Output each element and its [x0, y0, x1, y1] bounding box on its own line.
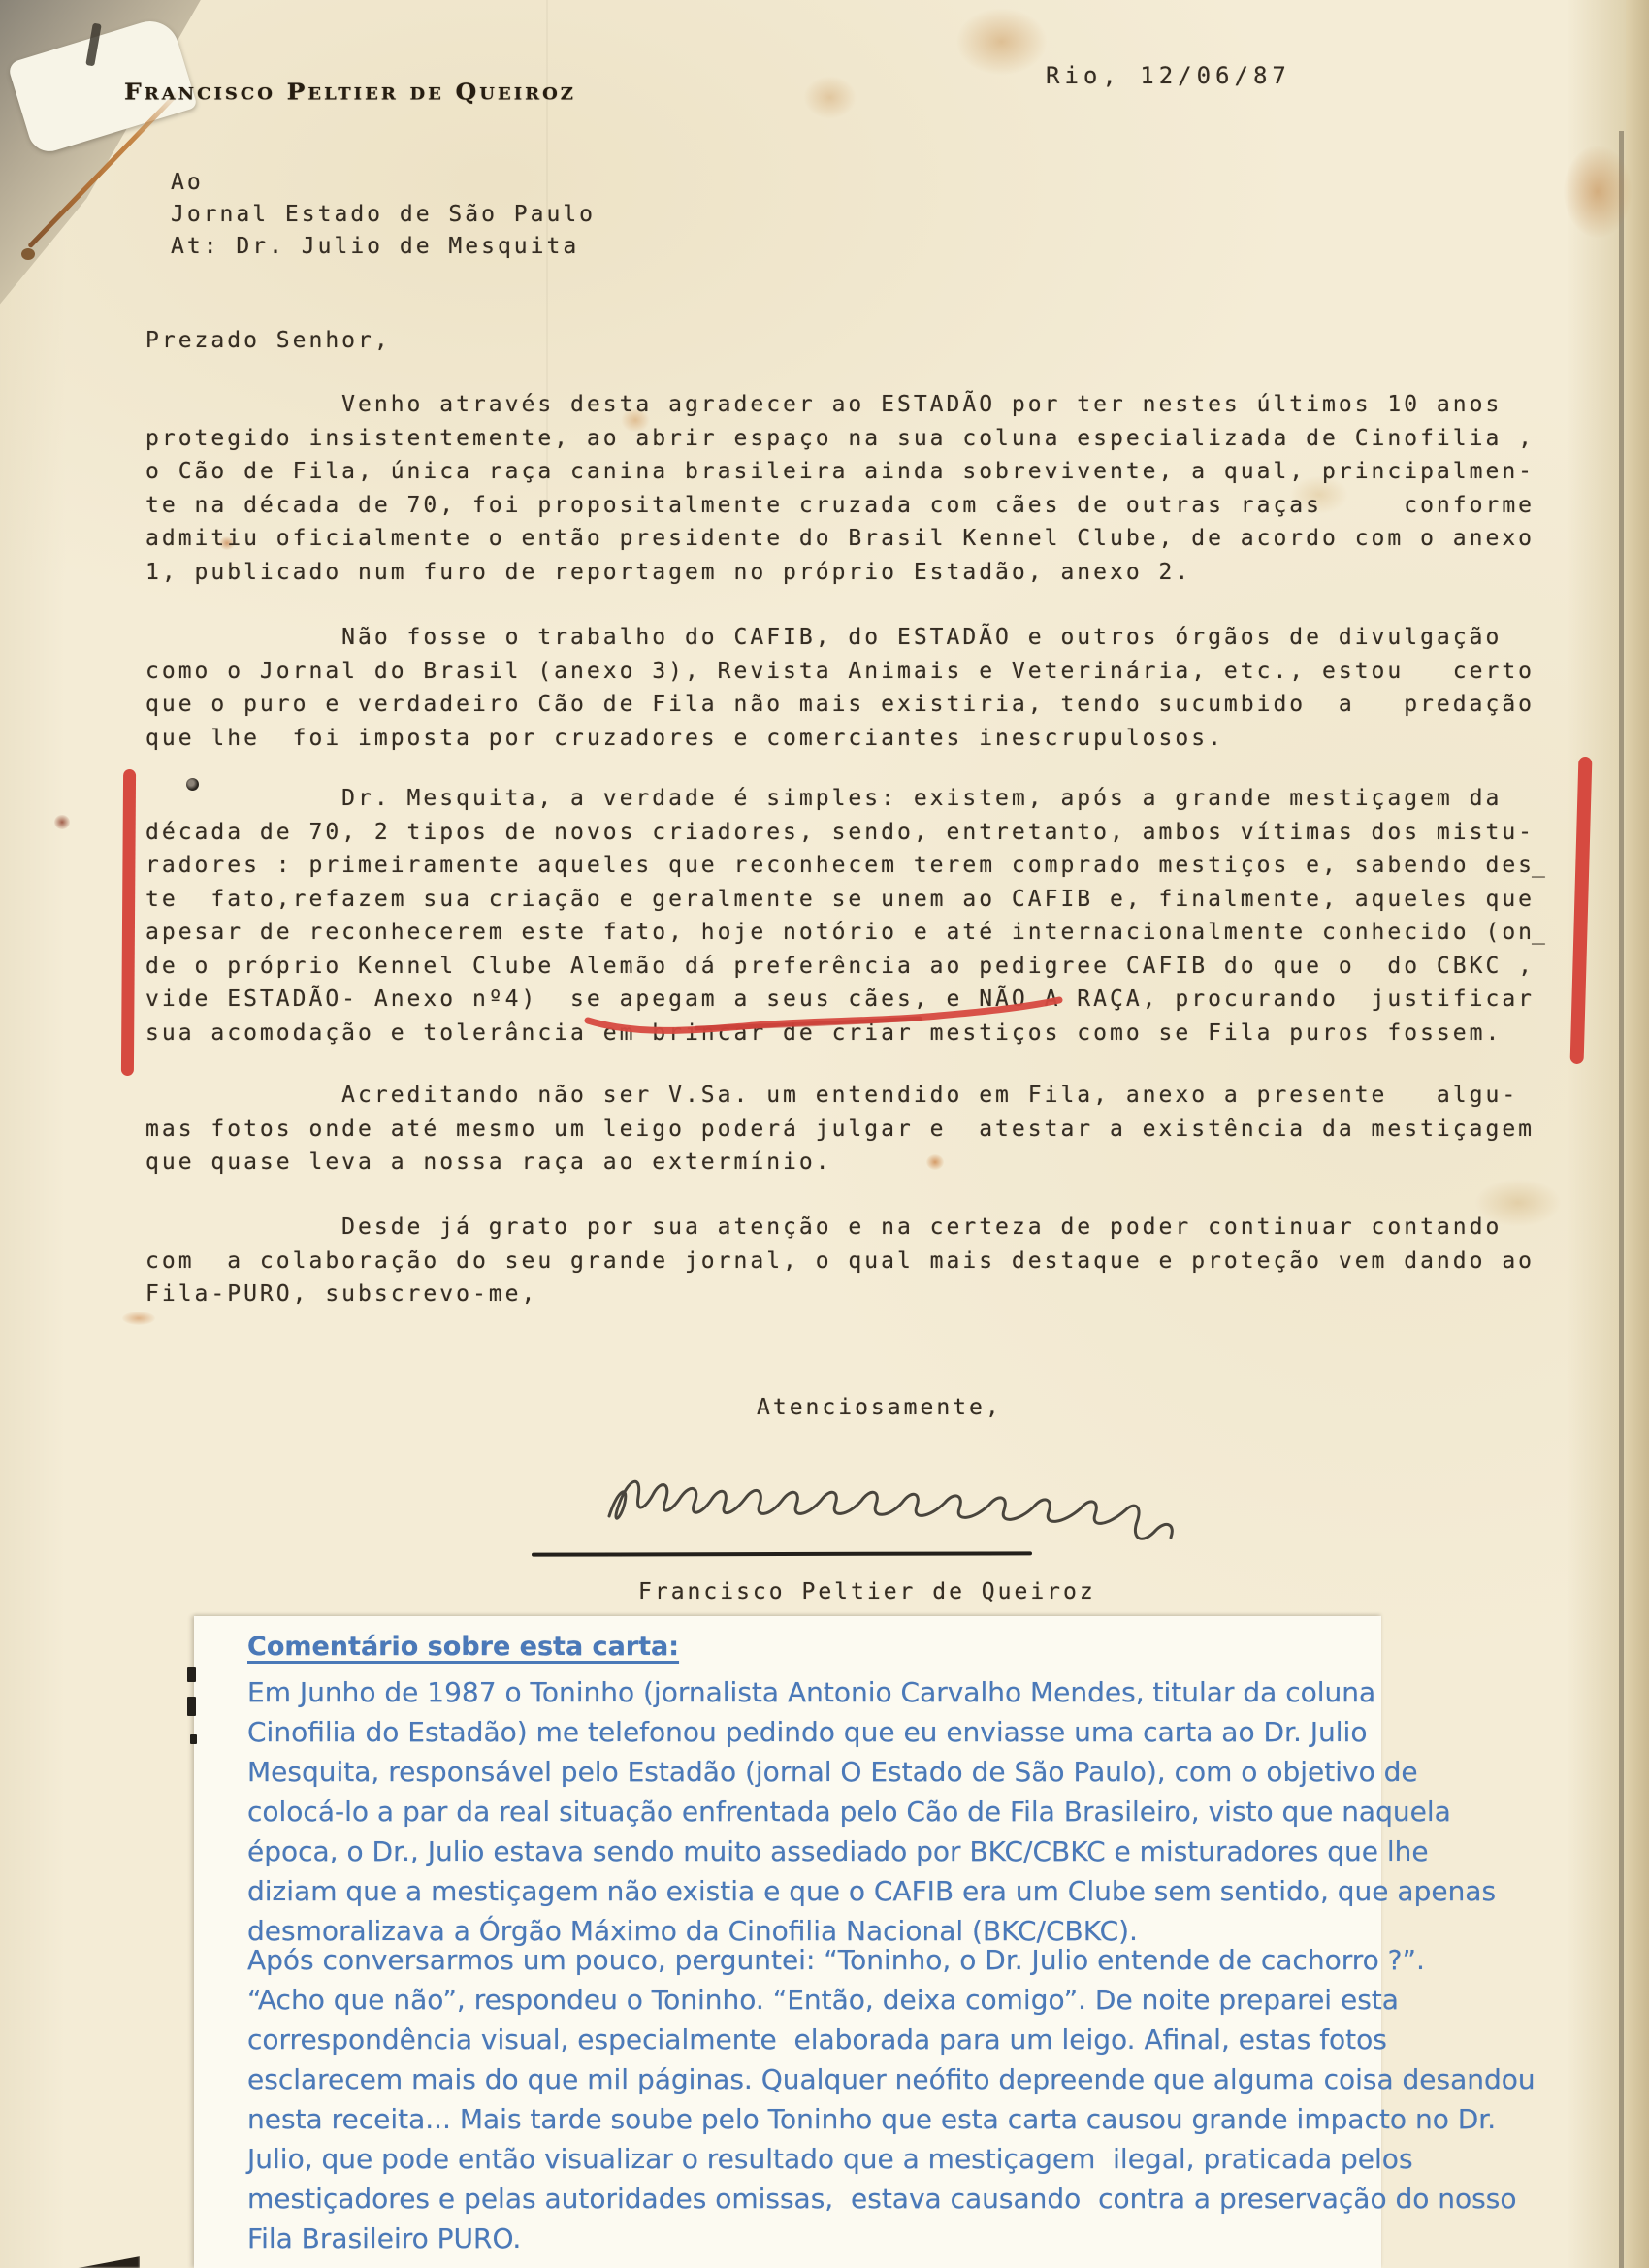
commentary-overlay: Comentário sobre esta carta: Em Junho de…: [194, 1616, 1381, 2268]
letter-date: Rio, 12/06/87: [1046, 62, 1291, 89]
bullet-dot: [186, 778, 199, 791]
commentary-paragraph-1: Em Junho de 1987 o Toninho (jornalista A…: [247, 1672, 1363, 1951]
recipient-block: Ao Jornal Estado de São Paulo At: Dr. Ju…: [171, 167, 596, 263]
letterhead-stamp: Francisco Peltier de Queiroz: [124, 79, 576, 105]
stain: [54, 815, 70, 829]
hidden-text-mark: [187, 1697, 196, 1716]
scanned-letter-page: Francisco Peltier de Queiroz Rio, 12/06/…: [0, 0, 1649, 2268]
signature-name: Francisco Peltier de Queiroz: [638, 1579, 1096, 1604]
page-edge-strip: [1626, 0, 1649, 2268]
commentary-heading: Comentário sobre esta carta:: [247, 1632, 679, 1662]
commentary-paragraph-2: Após conversarmos um pouco, perguntei: “…: [247, 1940, 1363, 2258]
letter-paragraph-2: Não fosse o trabalho do CAFIB, do ESTADÃ…: [145, 621, 1535, 755]
rust-blob: [21, 248, 35, 260]
letter-paragraph-1: Venho através desta agradecer ao ESTADÃO…: [145, 388, 1535, 589]
salutation: Prezado Senhor,: [145, 328, 391, 353]
hidden-text-mark: [190, 1734, 197, 1744]
letter-paragraph-5: Desde já grato por sua atenção e na cert…: [145, 1211, 1535, 1312]
letter-paragraph-4: Acreditando não ser V.Sa. um entendido e…: [145, 1079, 1535, 1180]
signature-scribble: [603, 1460, 1224, 1557]
hidden-text-mark: [187, 1667, 196, 1682]
closing: Atenciosamente,: [757, 1395, 1002, 1420]
red-underline: [580, 995, 1075, 1040]
stain: [955, 8, 1048, 76]
bottom-corner-mark: [70, 2216, 140, 2268]
page-edge-line: [1619, 131, 1624, 2268]
stain: [803, 76, 857, 119]
red-margin-line-left: [121, 769, 136, 1076]
stain: [122, 1312, 155, 1325]
red-margin-line-right: [1570, 757, 1593, 1064]
